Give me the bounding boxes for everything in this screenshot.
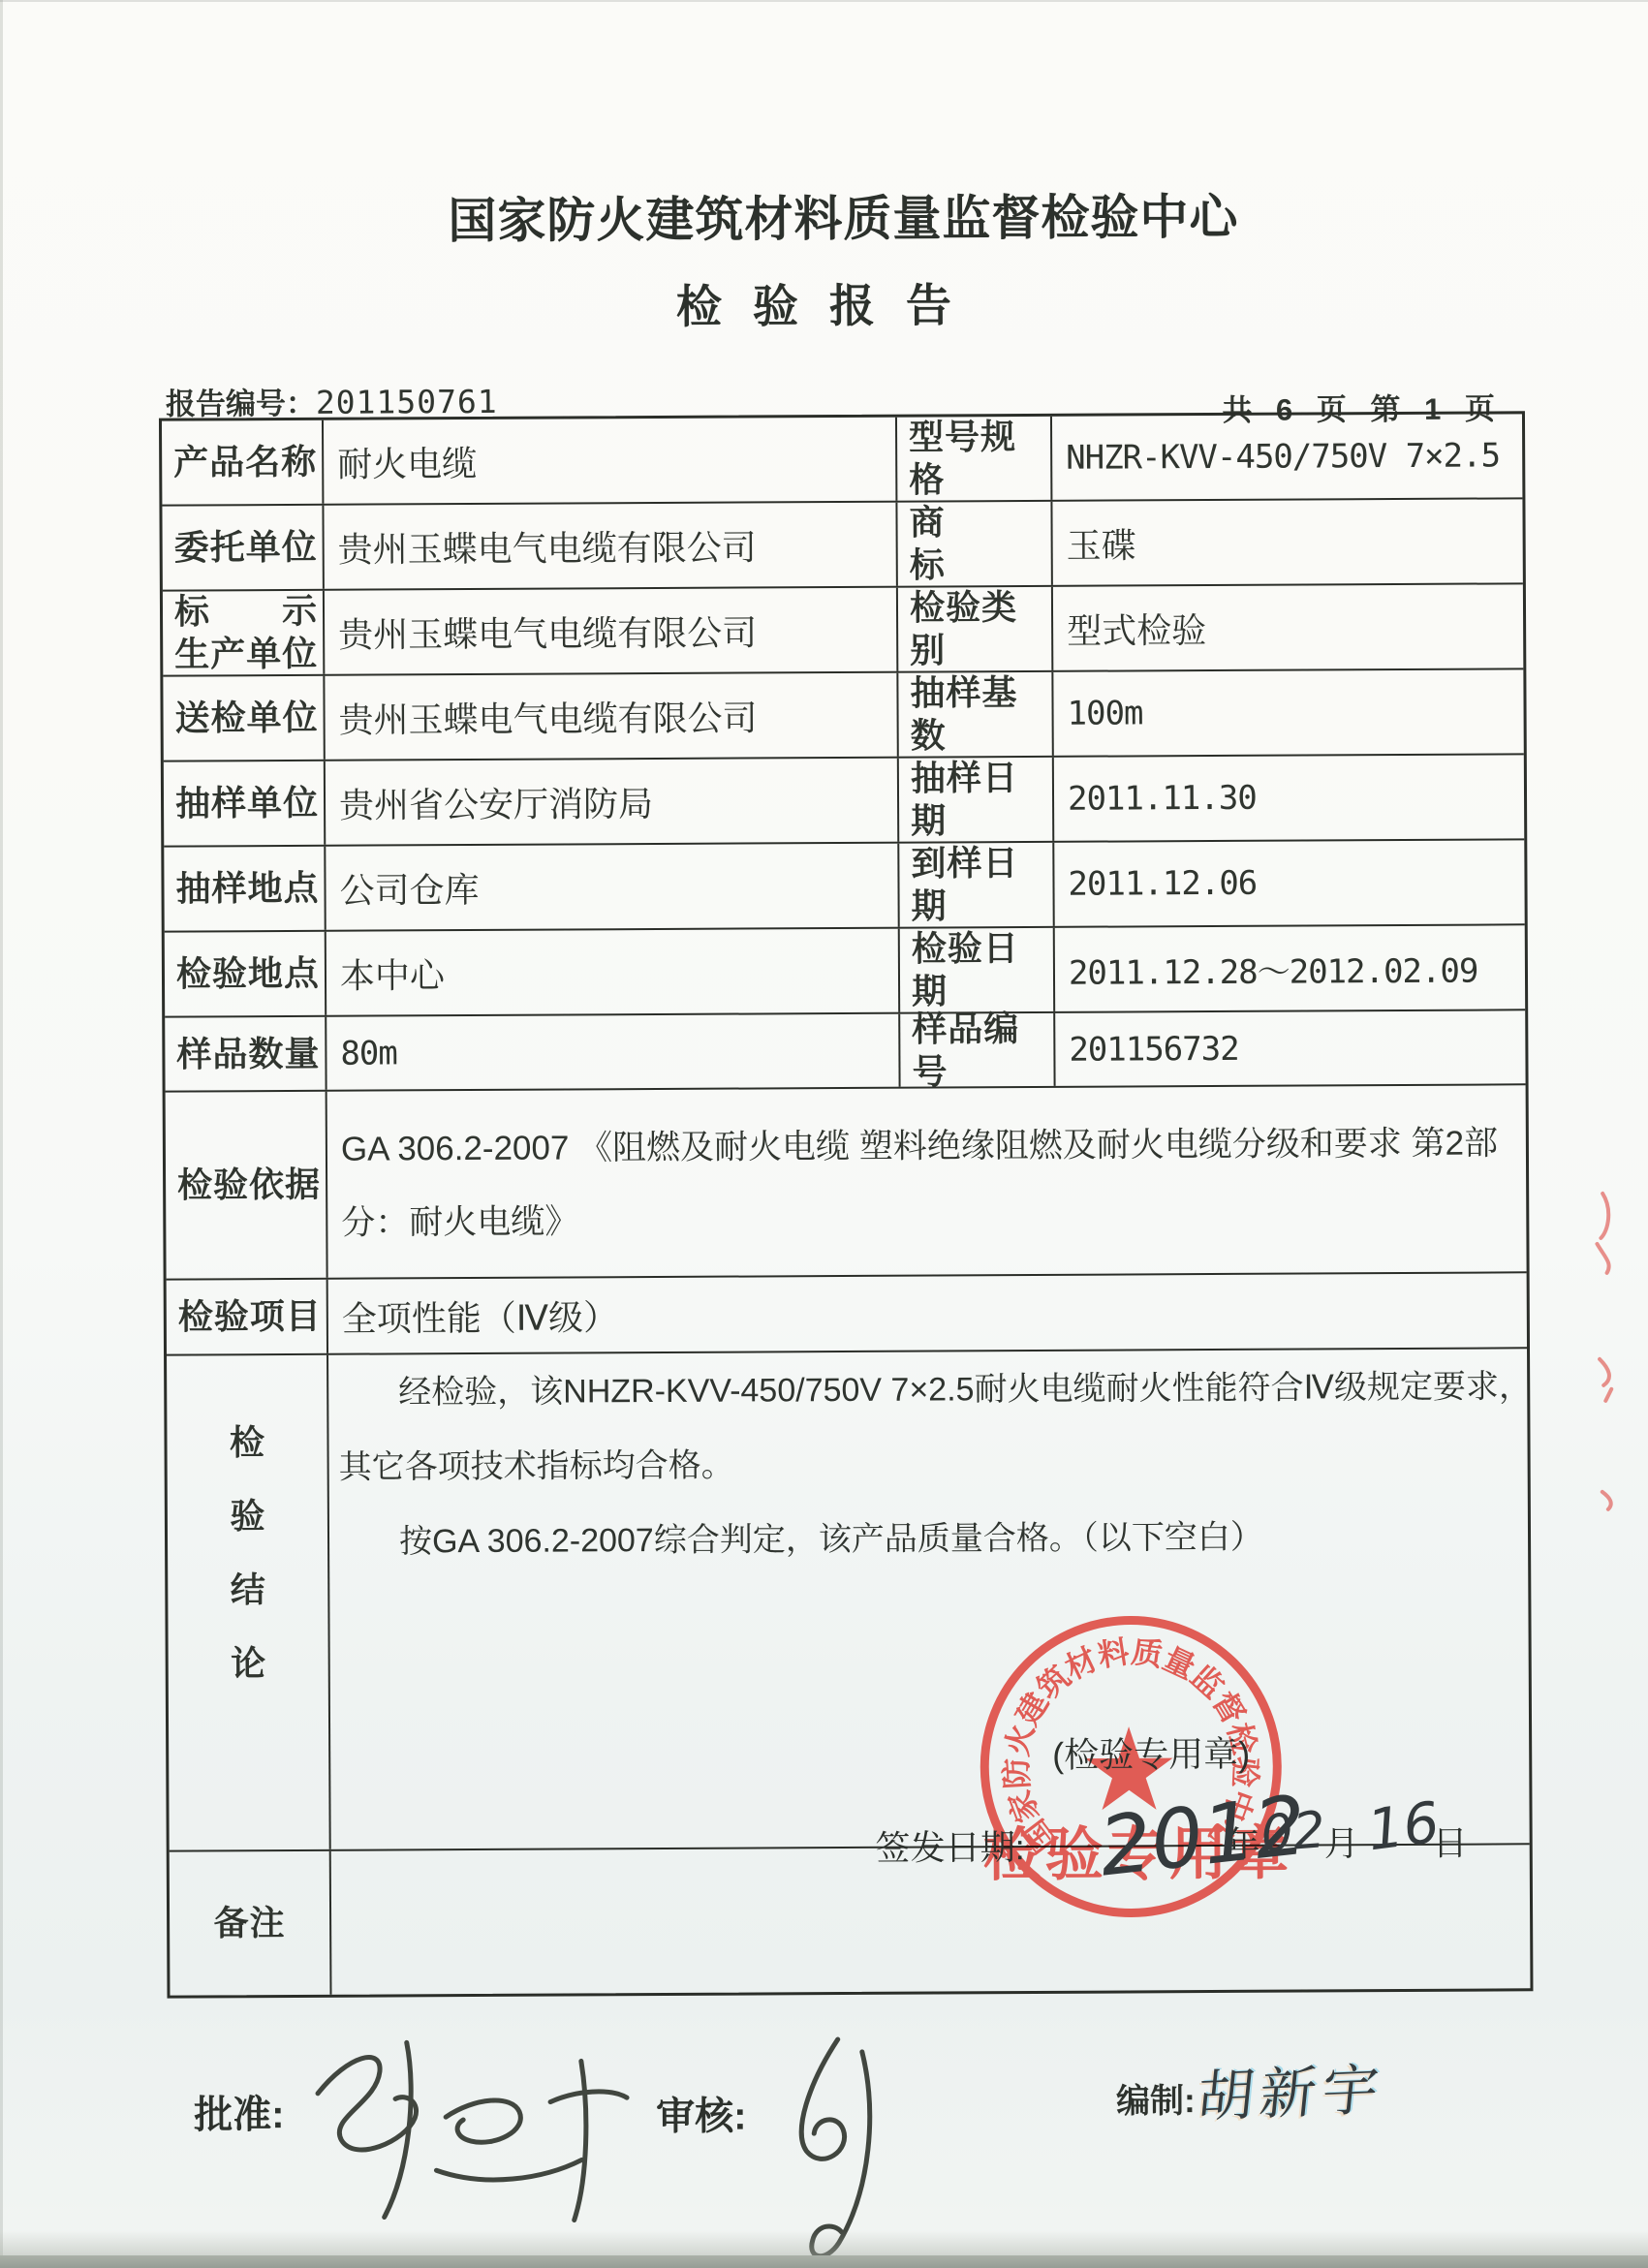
conclusion-label-char: 结	[231, 1572, 265, 1607]
row-label-model-spec: 型号规格	[895, 417, 1050, 501]
conclusion-label-vertical: 检 验 结 论	[167, 1355, 329, 1850]
organization-title: 国家防火建筑材料质量监督检验中心	[44, 176, 1643, 255]
scan-left-edge	[0, 0, 3, 2268]
report-info-table: 产品名称 耐火电缆 型号规格 NHZR-KVV-450/750V 7×2.5 委…	[159, 411, 1534, 1998]
row-label-submitting-unit: 送检单位	[163, 676, 323, 761]
row-label-inspection-place: 检验地点	[165, 932, 325, 1016]
report-content: 国家防火建筑材料质量监督检验中心 检验报告 报告编号：201150761 共 6…	[0, 0, 1648, 2268]
prepare-label: 编制:	[1116, 2074, 1196, 2123]
row-label-inspection-date: 检验日期	[898, 928, 1053, 1012]
row-label-sampling-date: 抽样日期	[897, 758, 1052, 842]
sign-date-month-handwritten: 02	[1259, 1801, 1326, 1864]
table-row: 样品数量 80m 样品编号 201156732	[165, 1009, 1525, 1090]
sign-date-month-unit: 月	[1324, 1817, 1359, 1866]
report-number-label: 报告编号：	[166, 387, 316, 421]
basis-line-2: 分：耐火电缆》	[341, 1180, 1526, 1259]
row-value-sample-base: 100m	[1051, 669, 1523, 756]
table-row: 委托单位 贵州玉蝶电气电缆有限公司 商 标 玉碟	[162, 497, 1522, 589]
row-value-inspection-basis: GA 306.2-2007 《阻燃及耐火电缆 塑料绝缘阻燃及耐火电缆分级和要求 …	[326, 1085, 1527, 1277]
row-value-product-name: 耐火电缆	[322, 418, 895, 504]
table-row: 抽样地点 公司仓库 到样日期 2011.12.06	[164, 838, 1524, 930]
row-value-inspection-place: 本中心	[325, 929, 898, 1015]
basis-line-1: GA 306.2-2007 《阻燃及耐火电缆 塑料绝缘阻燃及耐火电缆分级和要求 …	[341, 1106, 1526, 1186]
table-row: 送检单位 贵州玉蝶电气电缆有限公司 抽样基数 100m	[163, 668, 1523, 760]
row-label-inspection-basis: 检验依据	[166, 1092, 326, 1279]
row-label-sample-quantity: 样品数量	[165, 1017, 325, 1091]
row-label-sample-number: 样品编号	[898, 1013, 1053, 1087]
row-label-product-name: 产品名称	[162, 420, 322, 505]
row-value-submitting-unit: 贵州玉蝶电气电缆有限公司	[323, 673, 896, 760]
row-label-sample-base: 抽样基数	[896, 672, 1051, 757]
row-label-arrival-date: 到样日期	[897, 843, 1052, 927]
row-value-marked-manufacturer: 贵州玉蝶电气电缆有限公司	[323, 588, 896, 674]
scan-bottom-strip	[0, 2255, 1648, 2268]
conclusion-line-3: 按GA 306.2-2007综合判定，该产品质量合格。（以下空白）	[399, 1510, 1263, 1563]
conclusion-line-1: 经检验，该NHZR-KVV-450/750V 7×2.5耐火电缆耐火性能符合Ⅳ级…	[398, 1359, 1532, 1413]
row-value-sampling-place: 公司仓库	[324, 844, 897, 930]
table-row-items: 检验项目 全项性能（Ⅳ级）	[167, 1271, 1527, 1353]
scan-top-edge	[0, 0, 1648, 2]
approve-signature	[291, 2024, 640, 2234]
row-value-sample-quantity: 80m	[325, 1014, 898, 1090]
table-row-basis: 检验依据 GA 306.2-2007 《阻燃及耐火电缆 塑料绝缘阻燃及耐火电缆分…	[166, 1083, 1527, 1278]
report-number-value: 201150761	[316, 383, 498, 421]
table-row: 产品名称 耐火电缆 型号规格 NHZR-KVV-450/750V 7×2.5	[162, 414, 1522, 504]
conclusion-label-char: 检	[230, 1425, 264, 1460]
row-label-sampling-unit: 抽样单位	[164, 761, 324, 846]
stamp-arc-char: 料	[1096, 1634, 1132, 1673]
table-row-conclusion: 检 验 结 论 经检验，该NHZR-KVV-450/750V 7×2.5耐火电缆…	[167, 1347, 1530, 1849]
row-label-sampling-place: 抽样地点	[164, 847, 324, 931]
row-value-arrival-date: 2011.12.06	[1052, 840, 1524, 926]
row-value-trademark: 玉碟	[1050, 499, 1522, 585]
conclusion-label-char: 论	[231, 1646, 265, 1681]
row-value-inspection-type: 型式检验	[1051, 584, 1523, 670]
row-label-client: 委托单位	[162, 506, 322, 590]
table-row: 标 示生产单位 贵州玉蝶电气电缆有限公司 检验类别 型式检验	[163, 582, 1523, 674]
row-value-inspection-date: 2011.12.28～2012.02.09	[1053, 925, 1525, 1011]
row-value-model-spec: NHZR-KVV-450/750V 7×2.5	[1050, 414, 1522, 500]
row-label-marked-manufacturer: 标 示生产单位	[163, 591, 323, 675]
table-row: 抽样单位 贵州省公安厅消防局 抽样日期 2011.11.30	[164, 753, 1524, 845]
margin-red-marks	[1583, 1180, 1628, 1529]
row-label-inspection-type: 检验类别	[896, 587, 1051, 671]
conclusion-cell: 经检验，该NHZR-KVV-450/750V 7×2.5耐火电缆耐火性能符合Ⅳ级…	[326, 1349, 1530, 1849]
row-label-remark: 备注	[170, 1851, 330, 1996]
row-value-sampling-date: 2011.11.30	[1052, 755, 1524, 841]
row-value-inspection-items: 全项性能（Ⅳ级）	[326, 1273, 1527, 1352]
approve-label: 批准:	[194, 2084, 285, 2139]
scan-bottom-fade	[0, 2230, 1648, 2255]
scanned-inspection-report-page: 国家防火建筑材料质量监督检验中心 检验报告 报告编号：201150761 共 6…	[0, 0, 1648, 2268]
sign-date-label: 签发日期:	[876, 1820, 1025, 1871]
row-label-trademark: 商 标	[895, 502, 1050, 586]
row-value-sample-number: 201156732	[1053, 1010, 1525, 1086]
stamp-paren-note: (检验专用章)	[1052, 1727, 1250, 1778]
row-value-client: 贵州玉蝶电气电缆有限公司	[322, 503, 895, 589]
document-title: 检验报告	[15, 266, 1643, 340]
row-label-inspection-items: 检验项目	[167, 1280, 326, 1354]
conclusion-label-char: 验	[230, 1499, 264, 1534]
stamp-arc-char: 防	[999, 1756, 1036, 1789]
sign-date-day-handwritten: 16	[1364, 1789, 1444, 1864]
table-row: 检验地点 本中心 检验日期 2011.12.28～2012.02.09	[165, 923, 1525, 1015]
row-value-sampling-unit: 贵州省公安厅消防局	[324, 759, 897, 845]
conclusion-line-2: 其它各项技术指标均合格。	[338, 1439, 733, 1488]
prepare-name-handwritten: 胡新宇	[1194, 2044, 1388, 2133]
review-label: 审核:	[656, 2086, 747, 2141]
